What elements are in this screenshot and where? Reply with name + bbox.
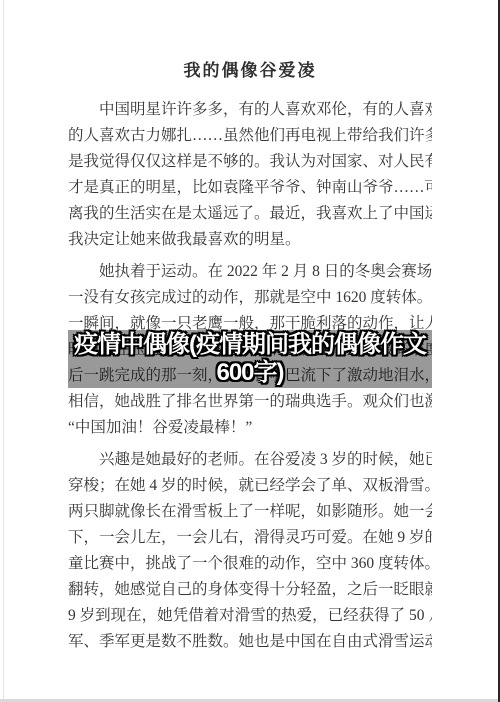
essay-line: 她执着于运动。在 2022 年 2 月 8 日的冬奥会赛场上，她完成了 bbox=[68, 259, 432, 285]
essay-line: 兴趣是她最好的老师。在谷爱凌 3 岁的时候，她已经在雪地上个 bbox=[68, 447, 432, 473]
essay-line: 穿梭；在她 4 岁的时候，就已经学会了单、双板滑雪。她在训练时， bbox=[68, 473, 432, 499]
watermark-banner: 疫情中偶像(疫情期间我的偶像作文 600字) bbox=[68, 330, 432, 388]
essay-line: 的人喜欢古力娜扎……虽然他们再电视上带给我们许多欢声笑语，但 bbox=[68, 123, 432, 149]
essay-line: 离我的生活实在是太遥远了。最近，我喜欢上了中国运动女将谷爱凌， bbox=[68, 201, 432, 227]
essay-title: 我的偶像谷爱凌 bbox=[68, 56, 432, 81]
essay-line: 相信，她战胜了排名世界第一的瑞典选手。观众们也激动地呐喊着： bbox=[68, 389, 432, 415]
essay-paragraph-1: 中国明星许许多多，有的人喜欢邓伦，有的人喜欢迪丽热巴，有的人喜欢古力娜扎……虽然… bbox=[68, 97, 432, 253]
essay-line: 翻转，她感觉自己的身体变得十分轻盈，之后一眨眼就越了过去。从 bbox=[68, 577, 432, 603]
essay-paragraph-3: 兴趣是她最好的老师。在谷爱凌 3 岁的时候，她已经在雪地上个穿梭；在她 4 岁的… bbox=[68, 447, 432, 655]
essay-line: 才是真正的明星，比如袁隆平爷爷、钟南山爷爷……可是，他们都距 bbox=[68, 175, 432, 201]
essay-line: “中国加油！谷爱凌最棒！” bbox=[68, 415, 432, 441]
essay-line: 中国明星许许多多，有的人喜欢邓伦，有的人喜欢迪丽热巴，有 bbox=[68, 97, 432, 123]
essay-line: 9 岁到现在，她凭借着对滑雪的热爱，已经获得了 50 几个冠军，亚 bbox=[68, 603, 432, 629]
essay-line: 我决定让她来做我最喜欢的明星。 bbox=[68, 227, 432, 253]
document-page: 我的偶像谷爱凌 中国明星许许多多，有的人喜欢邓伦，有的人喜欢迪丽热巴，有的人喜欢… bbox=[0, 0, 500, 702]
essay-line: 一没有女孩完成过的动作，那就是空中 1620 度转体。她在旋转的那 bbox=[68, 285, 432, 311]
overlay-title-line1: 疫情中偶像(疫情期间我的偶像作文 bbox=[74, 331, 426, 359]
essay-line: 两只脚就像长在滑雪板上了一样呢，如影随形。她一会儿上，一会儿 bbox=[68, 499, 432, 525]
overlay-title-line2: 600字) bbox=[216, 359, 283, 387]
essay-line: 是我觉得仅仅这样是不够的。我认为对国家、对人民有突出贡献的人， bbox=[68, 149, 432, 175]
page-left-edge-line bbox=[3, 0, 4, 702]
essay-line: 军、季军更是数不胜数。她也是中国在自由式滑雪运动中的一张最厉 bbox=[68, 629, 432, 655]
essay-line: 下，一会儿左，一会儿右，滑得灵巧可爱。在她 9 岁的时候，一场儿 bbox=[68, 525, 432, 551]
essay-line: 童比赛中，挑战了一个很难的动作，空中 360 度转体。她在空中自由 bbox=[68, 551, 432, 577]
